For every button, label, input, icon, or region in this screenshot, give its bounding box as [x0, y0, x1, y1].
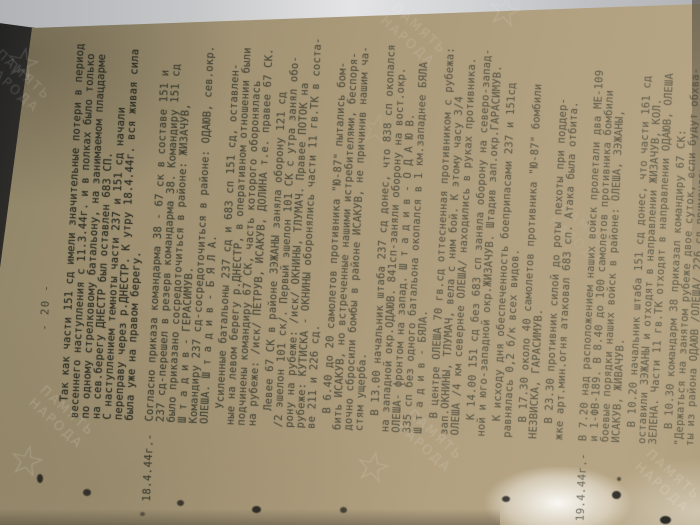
margin-date: 19.4.44г.- [575, 453, 590, 522]
ink-blot [617, 477, 621, 481]
diary-section: 19.4.44г.-В 7.20 над расположением наших… [574, 31, 700, 525]
ink-blot [83, 489, 91, 496]
photo-of-document: - 20 - Так как части 151 сд имели значит… [0, 0, 700, 525]
diary-section: Так как части 151 сд имели значительные … [55, 8, 154, 503]
ink-blot [340, 507, 347, 513]
diary-section: 18.4.44г.-Согласно приказа командарма 38… [141, 12, 584, 523]
ink-blot [502, 496, 510, 502]
ink-blot [37, 474, 43, 483]
ink-blot [177, 500, 184, 506]
ink-blot [612, 491, 621, 499]
ink-blot [140, 512, 145, 516]
ink-blot [252, 506, 261, 513]
paragraph: Так как части 151 сд имели значительные … [55, 8, 154, 503]
margin-date: 18.4.44г.- [141, 433, 156, 502]
typewritten-page: - 20 - Так как части 151 сд имели значит… [26, 7, 700, 525]
ink-blot [660, 516, 671, 524]
